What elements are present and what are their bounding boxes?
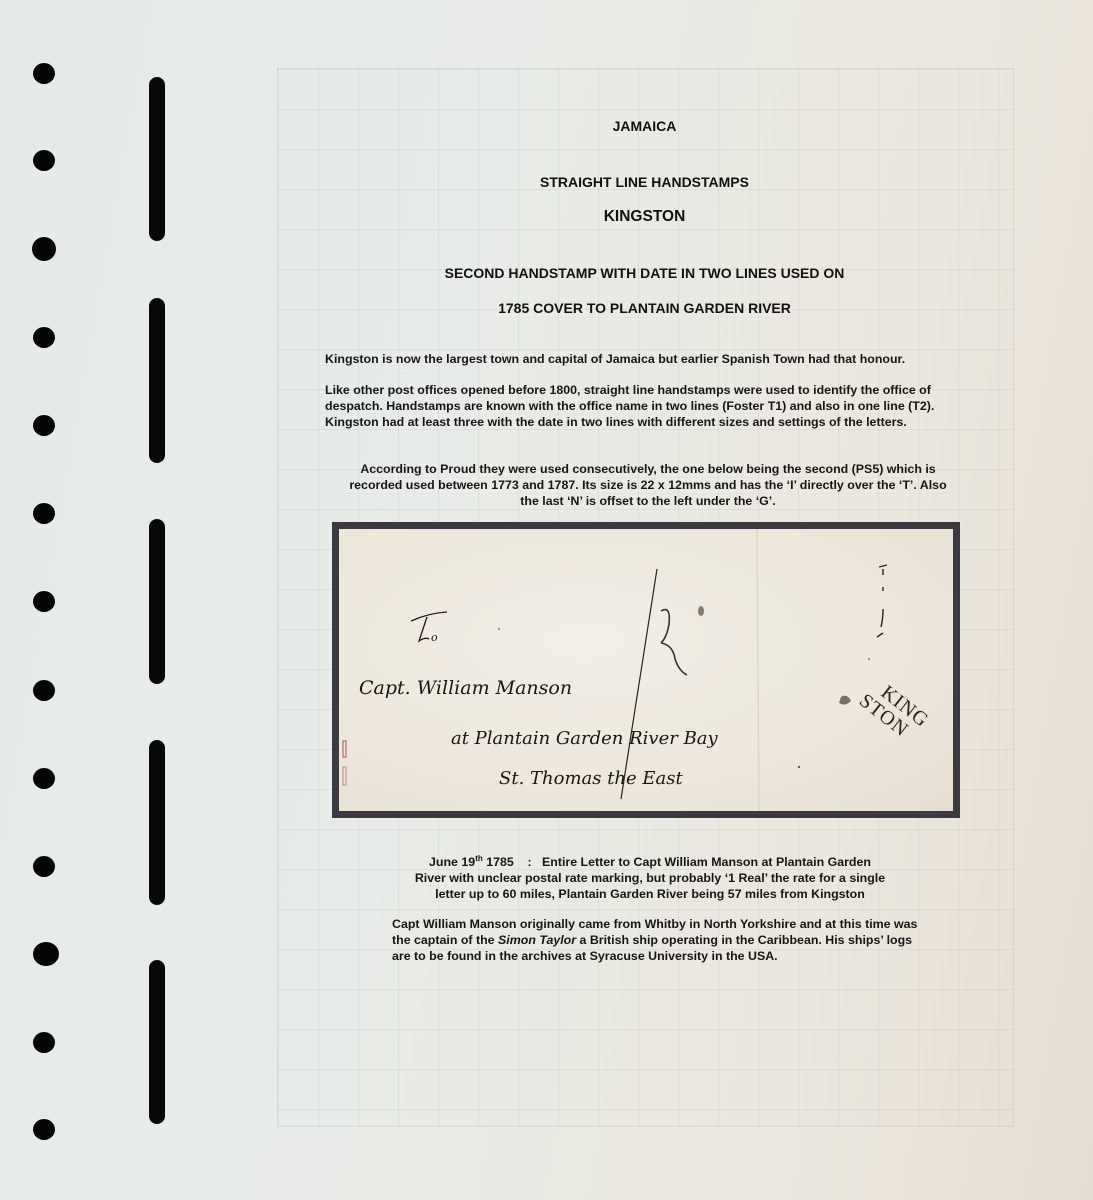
country-title: JAMAICA	[277, 118, 1012, 134]
intro-paragraph-2: Like other post offices opened before 18…	[325, 382, 975, 430]
cover-caption: June 19th 1785 : Entire Letter to Capt W…	[380, 854, 920, 902]
subheading-line-1: SECOND HANDSTAMP WITH DATE IN TWO LINES …	[277, 265, 1012, 281]
subheading-line-2: 1785 COVER TO PLANTAIN GARDEN RIVER	[277, 300, 1012, 316]
caption-line-3: letter up to 60 miles, Plantain Garden R…	[435, 887, 865, 901]
binder-hole	[32, 237, 56, 261]
binder-hole	[33, 1119, 55, 1140]
intro-paragraph-3: According to Proud they were used consec…	[318, 461, 978, 509]
binder-hole	[33, 856, 55, 877]
binder-hole	[33, 415, 55, 436]
intro-paragraph-3-line-1: According to Proud they were used consec…	[360, 462, 935, 476]
binder-hole	[33, 150, 55, 171]
binder-hole	[33, 63, 55, 84]
binder-slot	[149, 960, 165, 1124]
town-title: KINGSTON	[277, 208, 1012, 226]
caption-line-2: River with unclear postal rate marking, …	[415, 871, 885, 885]
ship-name: Simon Taylor	[498, 933, 576, 947]
binder-slot	[149, 77, 165, 241]
svg-text:o: o	[431, 631, 438, 644]
kingston-handstamp: KING STON	[855, 674, 933, 748]
binder-hole	[33, 1032, 55, 1053]
intro-paragraph-3-line-2: recorded used between 1773 and 1787. Its…	[349, 478, 946, 492]
caption-date: June 19	[429, 855, 475, 869]
manuscript-line-3: St. Thomas the East	[499, 768, 684, 789]
cover-mount: o Capt. William Manson at Plantain Garde…	[332, 522, 960, 818]
section-title: STRAIGHT LINE HANDSTAMPS	[277, 174, 1012, 190]
binder-hole	[33, 680, 55, 701]
manson-note: Capt William Manson originally came from…	[392, 916, 922, 964]
binder-hole	[33, 942, 59, 966]
manuscript-line-2: at Plantain Garden River Bay	[451, 728, 719, 749]
binder-hole	[33, 591, 55, 612]
binder-hole	[33, 327, 55, 348]
intro-paragraph-3-line-3: the last ‘N’ is offset to the left under…	[520, 494, 775, 508]
caption-line-1: 1785 : Entire Letter to Capt William Man…	[483, 855, 871, 869]
binder-hole	[33, 768, 55, 789]
intro-paragraph-1: Kingston is now the largest town and cap…	[325, 351, 975, 367]
binder-slot	[149, 519, 165, 684]
cover-artwork: o Capt. William Manson at Plantain Garde…	[339, 529, 953, 811]
manuscript-addressee: Capt. William Manson	[359, 677, 572, 699]
caption-date-suffix: th	[475, 854, 483, 863]
postal-cover-image: o Capt. William Manson at Plantain Garde…	[339, 529, 953, 811]
binder-slot	[149, 740, 165, 905]
binder-slot	[149, 298, 165, 463]
binder-hole	[33, 503, 55, 524]
